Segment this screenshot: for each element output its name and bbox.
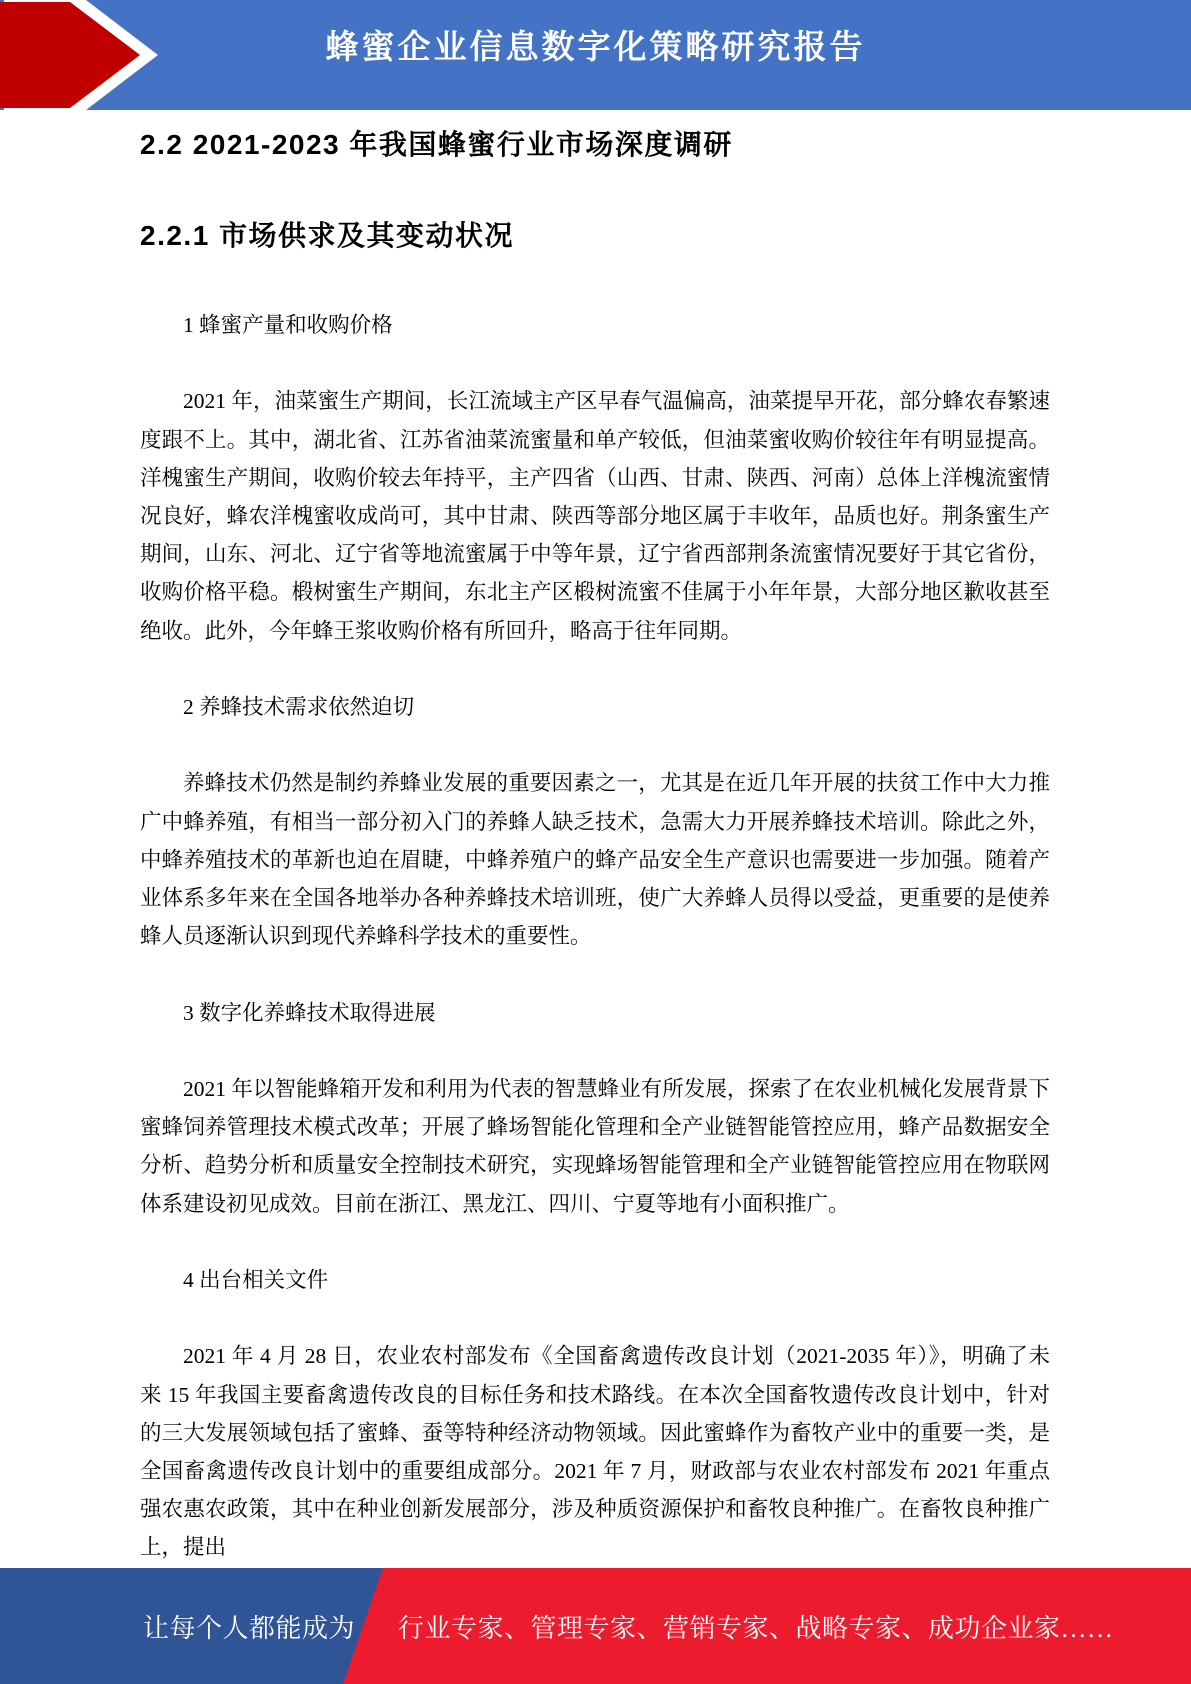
- page-header-banner: 蜂蜜企业信息数字化策略研究报告: [0, 0, 1191, 110]
- footer-right-slogan: 行业专家、管理专家、营销专家、战略专家、成功企业家……: [398, 1616, 1114, 1642]
- document-content: 2.2 2021-2023 年我国蜂蜜行业市场深度调研 2.2.1 市场供求及其…: [140, 110, 1050, 1643]
- item-label-3: 3 数字化养蜂技术取得进展: [140, 994, 1050, 1032]
- report-page: 蜂蜜企业信息数字化策略研究报告 2.2 2021-2023 年我国蜂蜜行业市场深…: [0, 0, 1191, 1684]
- footer-left-slogan: 让每个人都能成为: [143, 1616, 355, 1642]
- item-label-1: 1 蜂蜜产量和收购价格: [140, 306, 1050, 344]
- item-label-2: 2 养蜂技术需求依然迫切: [140, 688, 1050, 726]
- report-title: 蜂蜜企业信息数字化策略研究报告: [0, 0, 1191, 110]
- section-heading: 2.2 2021-2023 年我国蜂蜜行业市场深度调研: [140, 127, 1050, 163]
- paragraph-2: 养蜂技术仍然是制约养蜂业发展的重要因素之一，尤其是在近几年开展的扶贫工作中大力推…: [140, 764, 1050, 955]
- paragraph-1: 2021 年，油菜蜜生产期间，长江流域主产区早春气温偏高，油菜提早开花，部分蜂农…: [140, 382, 1050, 649]
- page-footer-banner: 让每个人都能成为 行业专家、管理专家、营销专家、战略专家、成功企业家……: [0, 1568, 1191, 1684]
- paragraph-4: 2021 年 4 月 28 日，农业农村部发布《全国畜禽遗传改良计划（2021-…: [140, 1337, 1050, 1566]
- subsection-heading: 2.2.1 市场供求及其变动状况: [140, 218, 1050, 254]
- item-label-4: 4 出台相关文件: [140, 1261, 1050, 1299]
- paragraph-3: 2021 年以智能蜂箱开发和利用为代表的智慧蜂业有所发展，探索了在农业机械化发展…: [140, 1070, 1050, 1223]
